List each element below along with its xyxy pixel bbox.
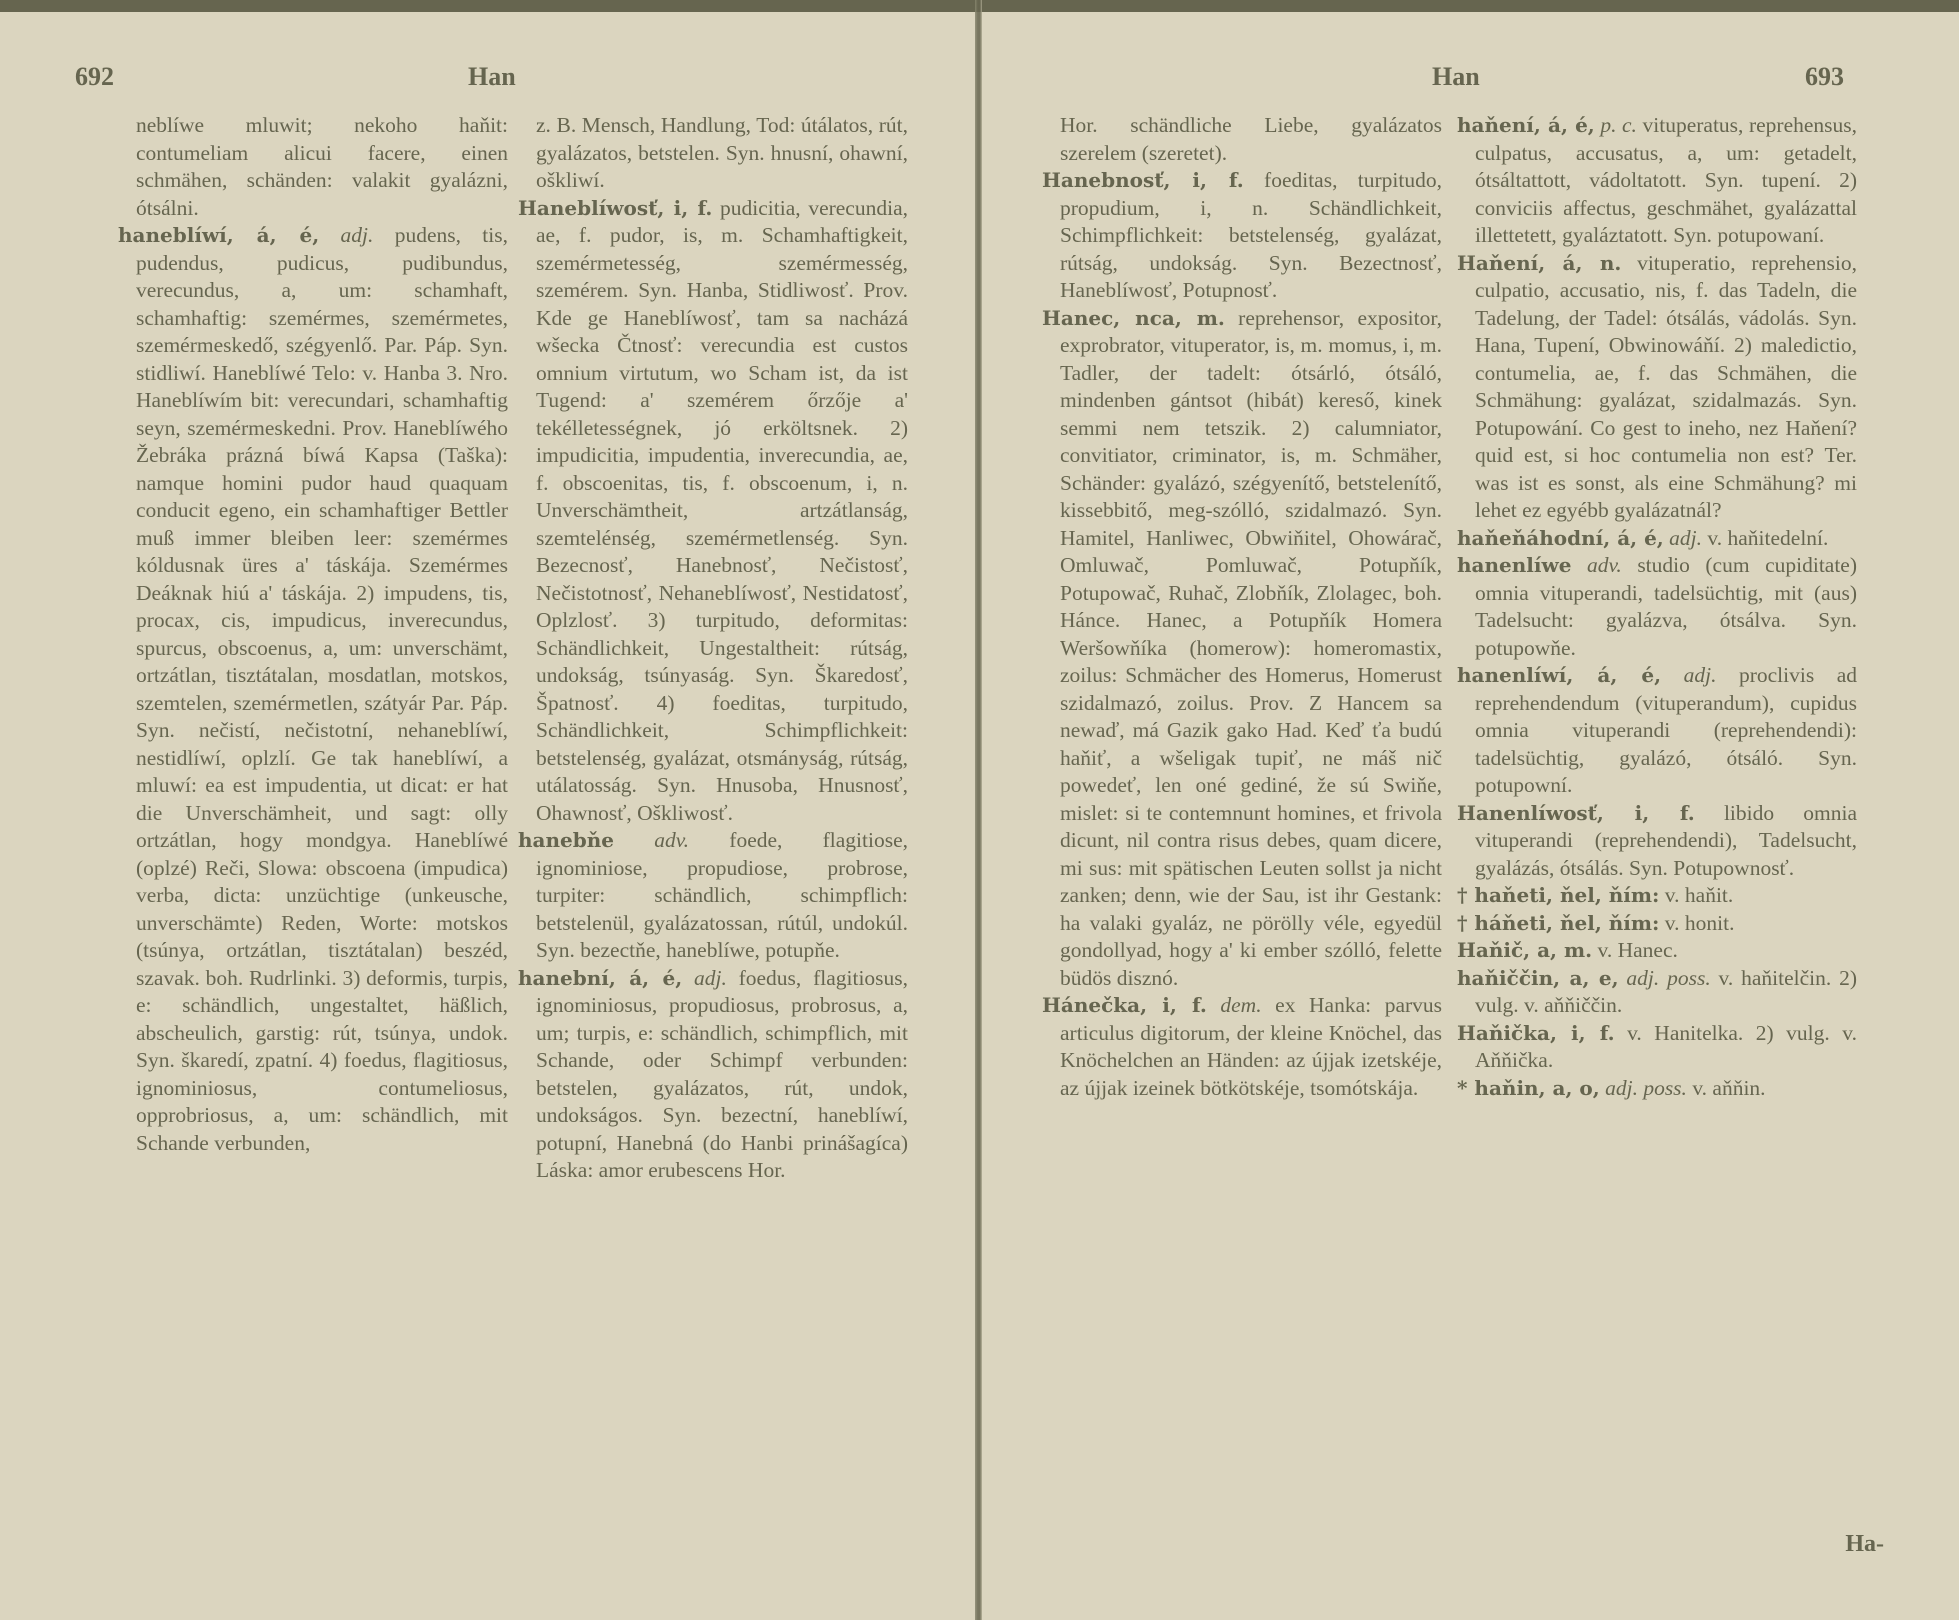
headword: * haňin, a, o, [1457, 1076, 1600, 1100]
grammar-label: adj. [1669, 526, 1702, 550]
running-head: Han [468, 62, 516, 92]
page-number: 692 [75, 62, 114, 92]
headword: haňení, á, é, [1457, 113, 1595, 137]
grammar-label: adv. [654, 828, 689, 852]
book-gutter [975, 0, 982, 1620]
definition-text: z. B. Mensch, Handlung, Tod: útálatos, r… [536, 113, 908, 192]
headword: haňiččin, a, e, [1457, 966, 1619, 990]
catchword: Ha- [1845, 1531, 1884, 1558]
definition-text: reprehensor, expositor, exprobrator, vit… [1060, 306, 1442, 990]
headword: Hanebnosť, i, f. [1042, 168, 1244, 192]
headword: hanenlíwe [1457, 553, 1571, 577]
headword: † haňeti, ňel, ňím: [1457, 883, 1659, 907]
dictionary-entry: Hánečka, i, f. dem. ex Hanka: parvus art… [1042, 992, 1442, 1102]
definition-text: neblíwe mluwit; nekoho haňit: contumelia… [136, 113, 508, 220]
running-head: Han [1432, 62, 1480, 92]
headword: † háňeti, ňel, ňím: [1457, 911, 1659, 935]
definition-text: v. haňit. [1665, 883, 1733, 907]
dictionary-entry: Haňení, á, n. vituperatio, reprehensio, … [1457, 250, 1857, 525]
headword: hanební, á, é, [518, 966, 682, 990]
headword: Haňič, a, m. [1457, 938, 1592, 962]
dictionary-entry: haňiččin, a, e, adj. poss. v. haňitelčin… [1457, 965, 1857, 1020]
dictionary-entry: † haňeti, ňel, ňím: v. haňit. [1457, 882, 1857, 910]
dictionary-entry: Haňič, a, m. v. Hanec. [1457, 937, 1857, 965]
entry-continuation: z. B. Mensch, Handlung, Tod: útálatos, r… [518, 112, 908, 195]
dictionary-entry: Haňička, i, f. v. Hanitelka. 2) vulg. v.… [1457, 1020, 1857, 1075]
column-2: z. B. Mensch, Handlung, Tod: útálatos, r… [518, 112, 908, 1185]
grammar-label: p. c. [1600, 113, 1637, 137]
definition-text: v. haňitedelní. [1707, 526, 1828, 550]
dictionary-entry: Haneblíwosť, i, f. pudicitia, verecundia… [518, 195, 908, 828]
headword: haňeňáhodní, á, é, [1457, 526, 1664, 550]
column-2: haňení, á, é, p. c. vituperatus, reprehe… [1457, 112, 1857, 1102]
headword: hanebňe [518, 828, 614, 852]
entry-continuation: Hor. schändliche Liebe, gyalázatos szere… [1042, 112, 1442, 167]
grammar-label: adj. [341, 223, 374, 247]
headword: Hanec, nca, m. [1042, 306, 1225, 330]
dictionary-entry: hanební, á, é, adj. foedus, flagitiosus,… [518, 965, 908, 1185]
grammar-label: adj. poss. [1605, 1076, 1687, 1100]
headword: hanenlíwí, á, é, [1457, 663, 1661, 687]
dictionary-entry: Hanebnosť, i, f. foeditas, turpitudo, pr… [1042, 167, 1442, 305]
definition-text: pudens, tis, pudendus, pudicus, pudibund… [136, 223, 508, 1155]
headword: Haňička, i, f. [1457, 1021, 1615, 1045]
headword: Haňení, á, n. [1457, 251, 1621, 275]
dictionary-entry: hanenlíwí, á, é, adj. proclivis ad repre… [1457, 662, 1857, 800]
definition-text: v. aňňin. [1692, 1076, 1765, 1100]
grammar-label: dem. [1220, 993, 1261, 1017]
left-page: 692 Han neblíwe mluwit; nekoho haňit: co… [0, 0, 975, 1620]
dictionary-entry: Hanec, nca, m. reprehensor, expositor, e… [1042, 305, 1442, 993]
headword: Haneblíwosť, i, f. [518, 196, 712, 220]
grammar-label: adv. [1587, 553, 1622, 577]
dictionary-entry: * haňin, a, o, adj. poss. v. aňňin. [1457, 1075, 1857, 1103]
definition-text: v. Hanec. [1597, 938, 1677, 962]
right-page: Han 693 Hor. schändliche Liebe, gyalázat… [982, 0, 1959, 1620]
definition-text: Hor. schändliche Liebe, gyalázatos szere… [1060, 113, 1442, 165]
definition-text: pudicitia, verecundia, ae, f. pudor, is,… [536, 196, 908, 825]
dictionary-entry: Hanenlíwosť, i, f. libido omnia vitupera… [1457, 800, 1857, 883]
grammar-label: adj. [694, 966, 727, 990]
dictionary-entry: haňení, á, é, p. c. vituperatus, reprehe… [1457, 112, 1857, 250]
column-1: Hor. schändliche Liebe, gyalázatos szere… [1042, 112, 1442, 1102]
dictionary-entry: hanebňe adv. foede, flagitiose, ignomini… [518, 827, 908, 965]
entry-continuation: neblíwe mluwit; nekoho haňit: contumelia… [118, 112, 508, 222]
page-number: 693 [1805, 62, 1844, 92]
headword: Hánečka, i, f. [1042, 993, 1207, 1017]
definition-text: vituperatio, reprehensio, culpatio, accu… [1475, 251, 1857, 523]
definition-text: foedus, flagitiosus, ignominiosus, propu… [536, 966, 908, 1183]
column-1: neblíwe mluwit; nekoho haňit: contumelia… [118, 112, 508, 1157]
dictionary-entry: † háňeti, ňel, ňím: v. honit. [1457, 910, 1857, 938]
definition-text: v. honit. [1665, 911, 1735, 935]
grammar-label: adj. poss. [1626, 966, 1710, 990]
dictionary-entry: haneblíwí, á, é, adj. pudens, tis, puden… [118, 222, 508, 1157]
dictionary-entry: haňeňáhodní, á, é, adj. v. haňitedelní. [1457, 525, 1857, 553]
dictionary-entry: hanenlíwe adv. studio (cum cupiditate) o… [1457, 552, 1857, 662]
headword: Hanenlíwosť, i, f. [1457, 801, 1695, 825]
headword: haneblíwí, á, é, [118, 223, 319, 247]
grammar-label: adj. [1684, 663, 1717, 687]
